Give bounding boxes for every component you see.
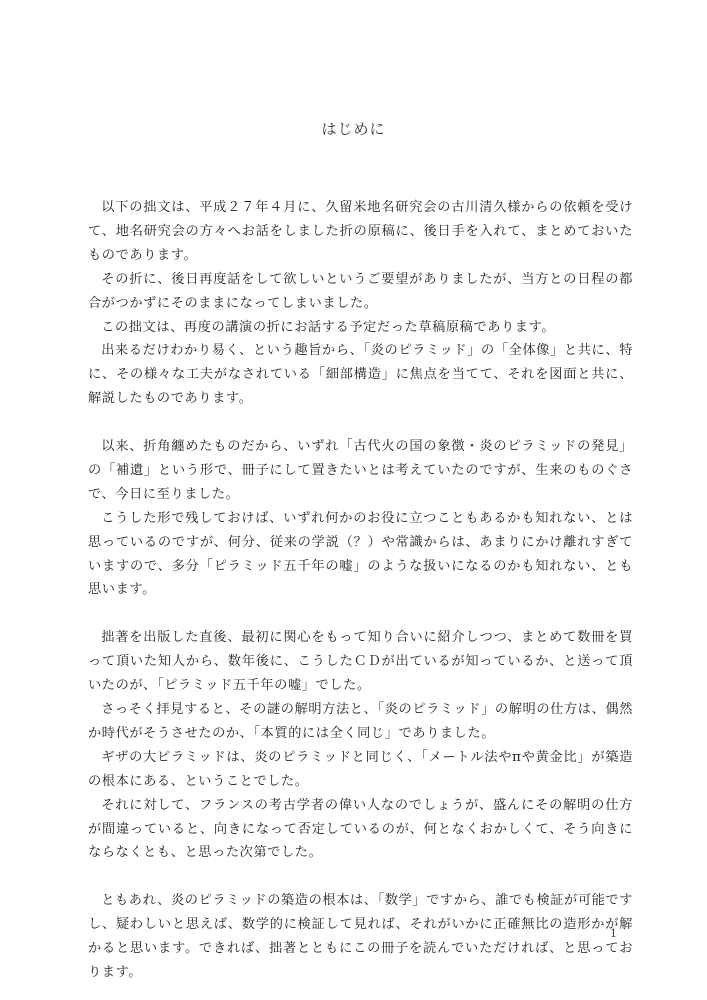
paragraph: ともあれ、炎のピラミッドの築造の根本は、「数学」ですから、誰でも検証が可能ですし… xyxy=(88,889,633,985)
paragraph: 以来、折角纏めたものだから、いずれ「古代火の国の象徴・炎のピラミッドの発見」の「… xyxy=(88,435,633,507)
section-spacer xyxy=(88,411,633,435)
paragraph: この拙文は、再度の講演の折にお話する予定だった草稿原稿であります。 xyxy=(88,316,633,340)
paragraph: それに対して、フランスの考古学者の偉い人なのでしょうが、盛んにその解明の仕方が間… xyxy=(88,794,633,866)
section-spacer xyxy=(88,865,633,889)
document-page: はじめに 以下の拙文は、平成２７年４月に、久留米地名研究会の古川清久様からの依頼… xyxy=(0,0,707,1000)
page-title: はじめに xyxy=(0,118,707,139)
paragraph: その折に、後日再度話をして欲しいというご要望がありましたが、当方との日程の都合が… xyxy=(88,268,633,316)
paragraph: さっそく拝見すると、その謎の解明方法と、「炎のピラミッド」の解明の仕方は、偶然か… xyxy=(88,698,633,746)
section-spacer xyxy=(88,602,633,626)
paragraph: 拙著を出版した直後、最初に関心をもって知り合いに紹介しつつ、まとめて数冊を買って… xyxy=(88,626,633,698)
page-number: 1 xyxy=(610,927,617,940)
paragraph: こうした形で残しておけば、いずれ何かのお役に立つこともあるかも知れない、とは思っ… xyxy=(88,507,633,603)
paragraph: 出来るだけわかり易く、という趣旨から、「炎のピラミッド」の「全体像」と共に、特に… xyxy=(88,339,633,411)
document-body: 以下の拙文は、平成２７年４月に、久留米地名研究会の古川清久様からの依頼を受けて、… xyxy=(88,196,633,985)
paragraph: ギザの大ピラミッドは、炎のピラミッドと同じく、「メートル法やπや黄金比」が築造の… xyxy=(88,746,633,794)
paragraph: 以下の拙文は、平成２７年４月に、久留米地名研究会の古川清久様からの依頼を受けて、… xyxy=(88,196,633,268)
